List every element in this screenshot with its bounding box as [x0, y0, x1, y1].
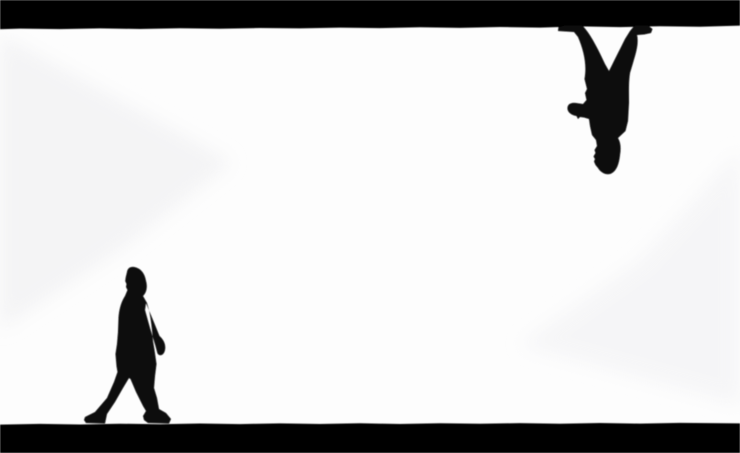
photograph: Minimalist high-contrast black-and-white…: [0, 0, 740, 453]
photo-canvas: Minimalist high-contrast black-and-white…: [0, 0, 740, 453]
top-frame-bar: Solid black band across the top edge of …: [0, 0, 740, 29]
bottom-frame-bar: Solid black band (ground) across the bot…: [0, 423, 740, 453]
